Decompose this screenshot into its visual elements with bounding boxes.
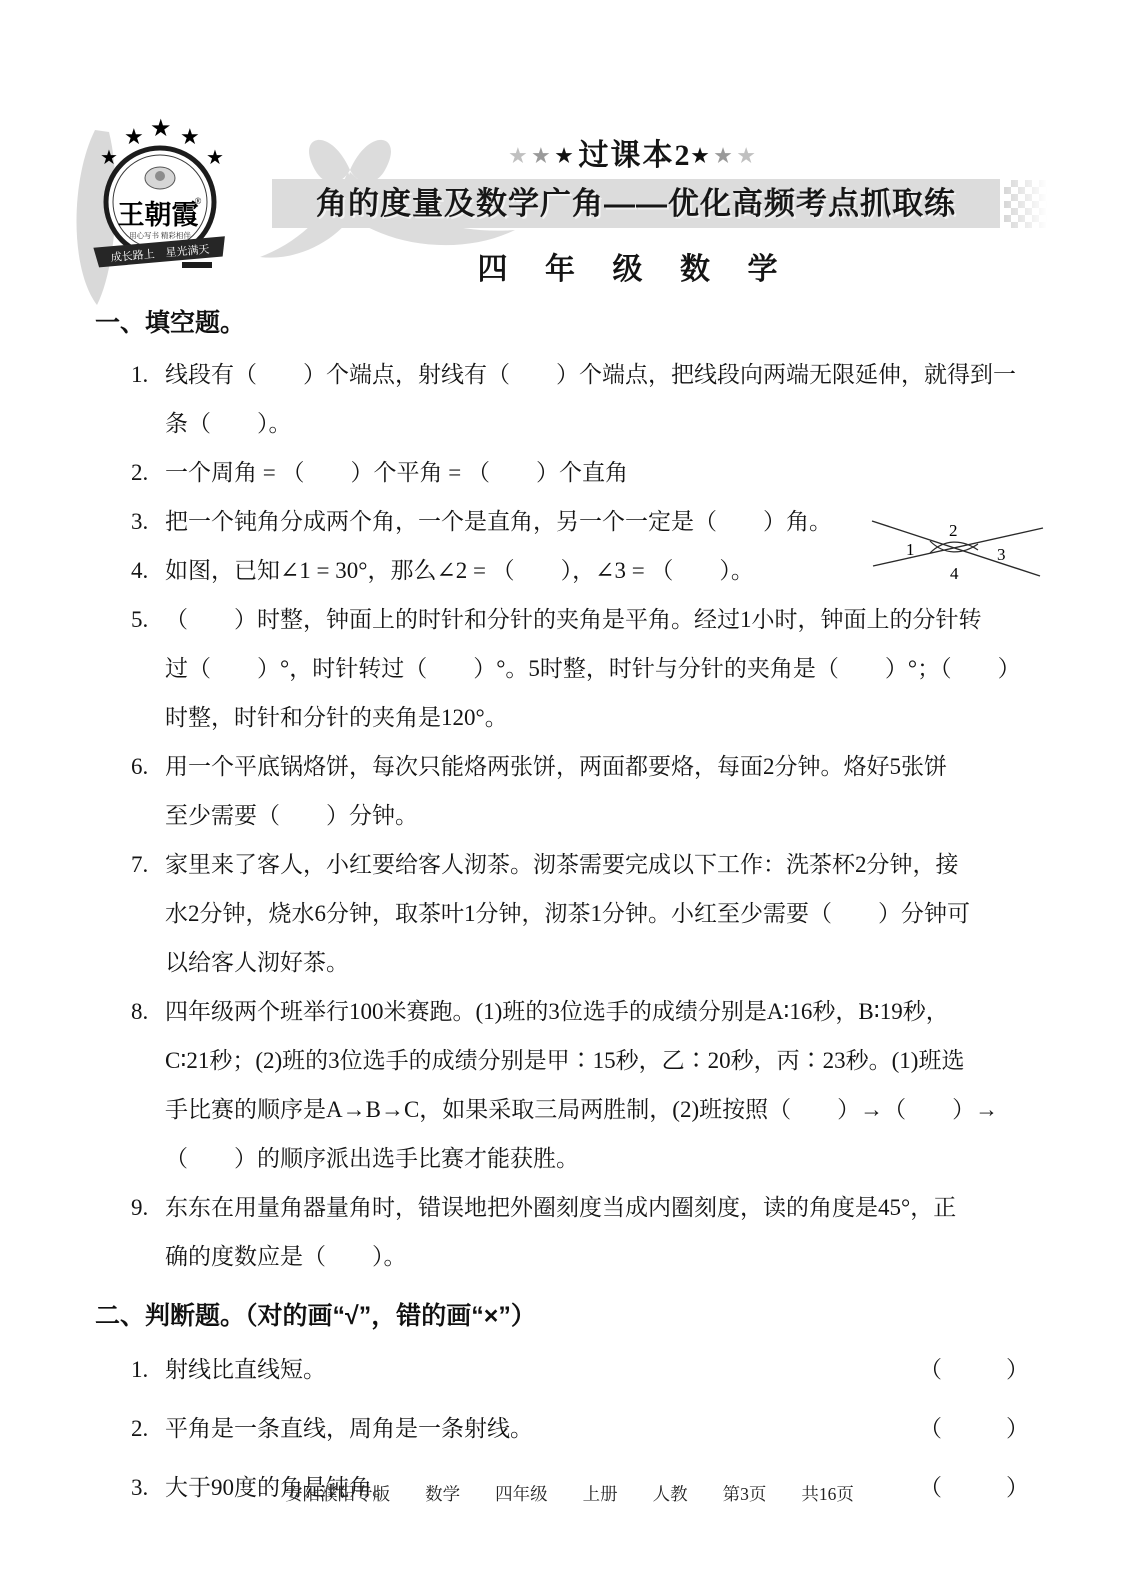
ribbon-tab <box>182 262 212 268</box>
question-number: 1. <box>131 350 148 399</box>
question-number: 9. <box>131 1183 148 1232</box>
question-line: C∶21秒；(2)班的3位选手的成绩分别是甲∶15秒，乙∶20秒，丙∶23秒。(… <box>165 1036 1051 1085</box>
star-icon: ★ <box>206 147 224 169</box>
question-line: 时整，时针和分针的夹角是120°。 <box>165 693 1051 742</box>
brand-logo: ★ ★ ★ ★ ★ 王朝霞 ® 用心写书 精彩相伴 成长路上 星光满天 <box>72 116 248 268</box>
angle-label-4: 4 <box>950 564 959 583</box>
star-icon: ★ <box>100 147 118 169</box>
unit-badge-line: ★★★过课本2★★★ <box>270 130 1000 174</box>
question-line: 至少需要（ ）分钟。 <box>165 791 1051 840</box>
judge-statement: 射线比直线短。 <box>165 1340 919 1399</box>
judge-question-1: 1. 射线比直线短。 （ ） <box>0 1340 1139 1399</box>
angle-label-1: 1 <box>906 540 915 559</box>
page-footer: 安阳濮阳专版 数学 四年级 上册 人教 第3页 共16页 <box>0 1481 1139 1506</box>
question-line: 手比赛的顺序是A→B→C，如果采取三局两胜制，(2)班按照（ ）→（ ）→ <box>165 1085 1051 1134</box>
question-line: 确的度数应是（ ）。 <box>165 1232 1051 1281</box>
question-4: 4. 如图，已知∠1 = 30°，那么∠2 = （ ），∠3 = （ ）。 2 … <box>0 546 1139 595</box>
angle-label-2: 2 <box>949 521 958 540</box>
worksheet-page: ★ ★ ★ ★ ★ 王朝霞 ® 用心写书 精彩相伴 成长路上 星光满天 ★★★过… <box>0 0 1139 1582</box>
brand-name: 王朝霞 <box>118 200 199 230</box>
answer-blank: （ ） <box>919 1340 1035 1399</box>
question-1: 1. 线段有（ ）个端点，射线有（ ）个端点，把线段向两端无限延伸，就得到一 条… <box>0 350 1139 448</box>
question-line: 条（ ）。 <box>165 399 1051 448</box>
question-line: 过（ ）°，时针转过（ ）°。5时整，时针与分针的夹角是（ ）°；（ ） <box>165 644 1051 693</box>
star-icon: ★ <box>532 146 555 167</box>
question-number: 5. <box>131 595 148 644</box>
registered-mark: ® <box>195 196 202 206</box>
portrait-face <box>155 171 165 181</box>
question-2: 2. 一个周角 = （ ）个平角 = （ ）个直角 <box>0 448 1139 497</box>
star-icon: ★ <box>692 146 715 167</box>
question-line: （ ）的顺序派出选手比赛才能获胜。 <box>165 1134 1051 1183</box>
answer-blank: （ ） <box>919 1399 1035 1458</box>
question-line: 用一个平底锅烙饼，每次只能烙两张饼，两面都要烙，每面2分钟。烙好5张饼 <box>165 742 1051 791</box>
question-number: 1. <box>131 1340 148 1399</box>
question-line: 东东在用量角器量角时，错误地把外圈刻度当成内圈刻度，读的角度是45°，正 <box>165 1183 1051 1232</box>
star-icon: ★ <box>509 146 532 167</box>
question-number: 3. <box>131 497 148 546</box>
star-icon: ★ <box>555 146 578 167</box>
question-number: 2. <box>131 448 148 497</box>
star-icon: ★ <box>124 124 144 149</box>
unit-badge-title: 过课本2 <box>579 139 692 172</box>
question-7: 7. 家里来了客人，小红要给客人沏茶。沏茶需要完成以下工作：洗茶杯2分钟，接 水… <box>0 840 1139 987</box>
question-number: 8. <box>131 987 148 1036</box>
star-icon: ★ <box>180 124 200 149</box>
question-9: 9. 东东在用量角器量角时，错误地把外圈刻度当成内圈刻度，读的角度是45°，正 … <box>0 1183 1139 1281</box>
title-band: 角的度量及数学广角——优化高频考点抓取练 <box>272 179 1000 228</box>
figure-line <box>873 528 1043 566</box>
question-number: 2. <box>131 1399 148 1458</box>
section-2-heading: 二、判断题。（对的画“√”，错的画“×”） <box>95 1296 1139 1336</box>
question-line: 一个周角 = （ ）个平角 = （ ）个直角 <box>165 448 1051 497</box>
question-line: 线段有（ ）个端点，射线有（ ）个端点，把线段向两端无限延伸，就得到一 <box>165 350 1051 399</box>
worksheet-content: 一、填空题。 1. 线段有（ ）个端点，射线有（ ）个端点，把线段向两端无限延伸… <box>0 303 1139 1517</box>
question-8: 8. 四年级两个班举行100米赛跑。(1)班的3位选手的成绩分别是A∶16秒，B… <box>0 987 1139 1183</box>
page-title: 角的度量及数学广角——优化高频考点抓取练 <box>272 179 1000 228</box>
question-line: （ ）时整，钟面上的时针和分针的夹角是平角。经过1小时，钟面上的分针转 <box>165 595 1051 644</box>
angle-figure: 2 1 3 4 <box>864 497 1046 593</box>
question-line: 家里来了客人，小红要给客人沏茶。沏茶需要完成以下工作：洗茶杯2分钟，接 <box>165 840 1051 889</box>
judge-question-2: 2. 平角是一条直线，周角是一条射线。 （ ） <box>0 1399 1139 1458</box>
section-1-heading: 一、填空题。 <box>95 303 1139 343</box>
logo-tagline: 用心写书 精彩相伴 <box>129 230 191 240</box>
question-line: 以给客人沏好茶。 <box>165 938 1051 987</box>
star-icon: ★ <box>715 146 738 167</box>
question-number: 6. <box>131 742 148 791</box>
question-6: 6. 用一个平底锅烙饼，每次只能烙两张饼，两面都要烙，每面2分钟。烙好5张饼 至… <box>0 742 1139 840</box>
question-line: 水2分钟，烧水6分钟，取茶叶1分钟，沏茶1分钟。小红至少需要（ ）分钟可 <box>165 889 1051 938</box>
question-number: 7. <box>131 840 148 889</box>
question-line: 四年级两个班举行100米赛跑。(1)班的3位选手的成绩分别是A∶16秒，B∶19… <box>165 987 1051 1036</box>
question-number: 4. <box>131 546 148 595</box>
star-icon: ★ <box>738 146 761 167</box>
judge-statement: 平角是一条直线，周角是一条射线。 <box>165 1399 919 1458</box>
grade-subtitle: 四 年 级 数 学 <box>270 244 1000 288</box>
angle-label-3: 3 <box>997 545 1006 564</box>
star-icon: ★ <box>150 116 172 142</box>
question-5: 5. （ ）时整，钟面上的时针和分针的夹角是平角。经过1小时，钟面上的分针转 过… <box>0 595 1139 742</box>
checkerboard-decoration <box>1004 180 1050 228</box>
